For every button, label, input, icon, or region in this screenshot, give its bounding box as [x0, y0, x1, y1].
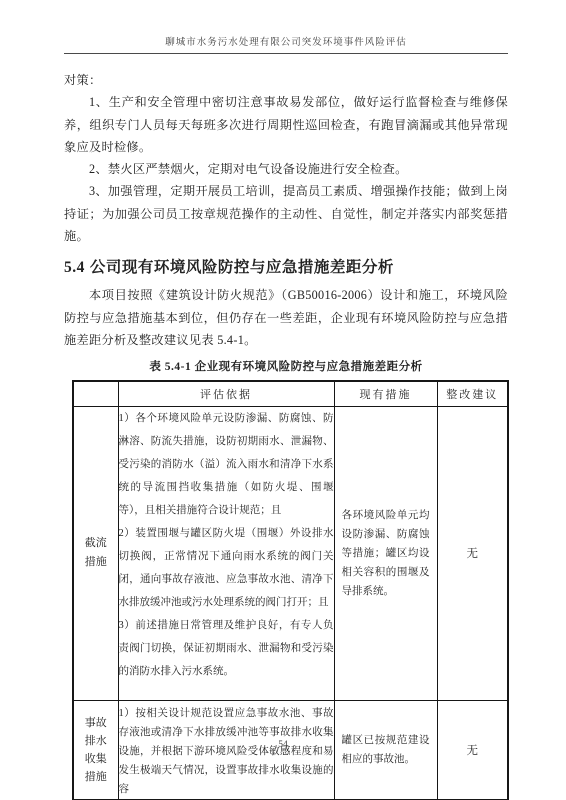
paragraph-countermeasure-3: 3、加强管理，定期开展员工培训，提高员工素质、增强操作技能；做到上岗持证；为加强…	[64, 180, 508, 247]
section-title: 公司现有环境风险防控与应急措施差距分析	[90, 259, 394, 276]
header-cell-category	[73, 381, 118, 406]
table-header-row: 评估依据 现有措施 整改建议	[73, 381, 508, 406]
table-row: 截流措施 1）各个环境风险单元设防渗漏、防腐蚀、防淋溶、防流失措施，设防初期雨水…	[73, 406, 508, 700]
header-cell-current: 现有措施	[334, 381, 437, 406]
cell-current-drainage: 罐区已按规范建设相应的事故池。	[334, 700, 437, 800]
section-heading: 5.4公司现有环境风险防控与应急措施差距分析	[64, 255, 508, 277]
table-caption: 表 5.4-1 企业现有环境风险防控与应急措施差距分析	[64, 358, 508, 374]
paragraph-countermeasure-1: 1、生产和安全管理中密切注意事故易发部位，做好运行监督检查与维修保养，组织专门人…	[64, 91, 508, 158]
cell-basis-drainage: 1）按相关设计规范设置应急事故水池、事故存液池或清净下水排放缓冲池等事故排水收集…	[118, 700, 334, 800]
paragraph-countermeasure-2: 2、禁火区严禁烟火，定期对电气设备设施进行安全检查。	[64, 158, 508, 180]
document-header-title: 聊城市水务污水处理有限公司突发环境事件风险评估	[165, 38, 407, 48]
document-header: 聊城市水务污水处理有限公司突发环境事件风险评估	[64, 34, 508, 54]
paragraph-section-body: 本项目按照《建筑设计防火规范》（GB50016-2006）设计和施工，环境风险防…	[64, 284, 508, 351]
cell-category-drainage: 事故排水收集措施	[73, 700, 118, 800]
gap-analysis-table: 评估依据 现有措施 整改建议 截流措施 1）各个环境风险单元设防渗漏、防腐蚀、防…	[72, 380, 509, 800]
paragraph-lead: 对策：	[64, 69, 508, 91]
body-text: 对策： 1、生产和安全管理中密切注意事故易发部位，做好运行监督检查与维修保养，组…	[64, 69, 508, 800]
page-content: 聊城市水务污水处理有限公司突发环境事件风险评估 对策： 1、生产和安全管理中密切…	[0, 0, 566, 800]
cell-current-interception: 各环境风险单元均设防渗漏、防腐蚀等措施；罐区均设相关容积的围堰及导排系统。	[334, 406, 437, 700]
cell-suggestion-interception: 无	[437, 406, 508, 700]
page-number: 54	[0, 740, 566, 750]
table-row: 事故排水收集措施 1）按相关设计规范设置应急事故水池、事故存液池或清净下水排放缓…	[73, 700, 508, 800]
document-page: 聊城市水务污水处理有限公司突发环境事件风险评估 对策： 1、生产和安全管理中密切…	[0, 0, 566, 800]
cell-basis-interception: 1）各个环境风险单元设防渗漏、防腐蚀、防淋溶、防流失措施，设防初期雨水、泄漏物、…	[118, 406, 334, 700]
cell-category-interception: 截流措施	[73, 406, 118, 700]
header-cell-suggestion: 整改建议	[437, 381, 508, 406]
category-label: 截流措施	[84, 534, 108, 572]
section-number: 5.4	[64, 259, 85, 276]
current-measures-text: 各环境风险单元均设防渗漏、防腐蚀等措施；罐区均设相关容积的围堰及导排系统。	[342, 506, 430, 601]
cell-suggestion-drainage: 无	[437, 700, 508, 800]
header-cell-basis: 评估依据	[118, 381, 334, 406]
